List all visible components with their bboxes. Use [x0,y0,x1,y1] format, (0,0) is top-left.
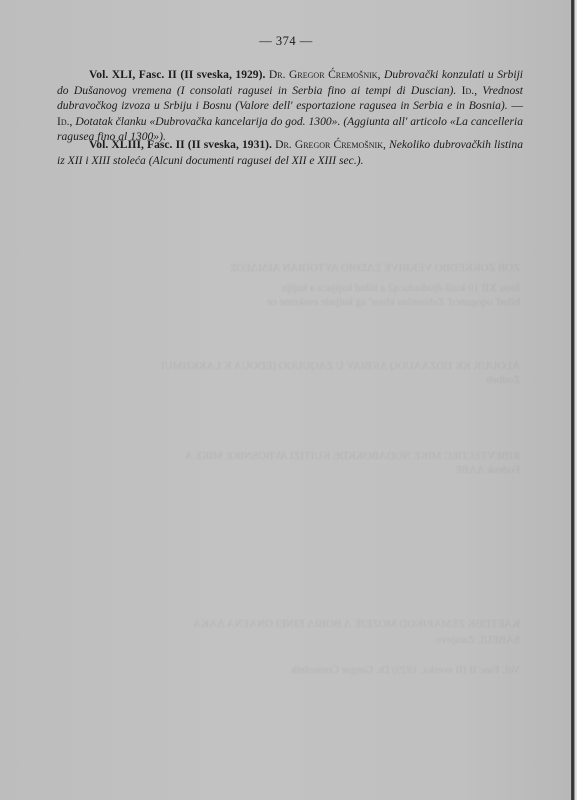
author-prefix: Dr. [269,68,286,81]
separator-dash: — [511,99,523,112]
page-edge-shadow [571,0,577,800]
bibliography-entry: Vol. XLIII, Fasc. II (II sveska, 1931). … [57,137,523,168]
ibid-marker: Id., [57,115,72,128]
bleed-through-text: Vol. Fasc II (II sveska, 1929) Dr. Grego… [60,664,520,677]
bleed-through-text: ZOB ZOKKEDBO VEKBIVE ΣΛΣΘΙΟ ΑΥΤΟΠΙΑΝ ΑΙΔ… [60,262,520,275]
bleed-through-text: Iouu XII 10 kuiil djudiaducq2 a bilud ku… [60,282,520,295]
bleed-through-text: SABEUL Zarajevo [60,634,520,647]
document-page: ZOB ZOKKEDBO VEKBIVE ΣΛΣΘΙΟ ΑΥΤΟΠΙΑΝ ΑΙΔ… [0,0,572,800]
page-number: — 374 — [0,34,572,49]
bleed-through-text: RIBEVTECDEC MIKE NODABOKKDE KUITIZI AVBO… [60,450,520,463]
bibliography-entry: Vol. XLI, Fasc. II (II sveska, 1929). Dr… [57,67,523,145]
volume-reference: Vol. XLIII, Fasc. II (II sveska, 1931). [89,138,272,151]
bleed-through-text: KAETDBK ZEMAPJKOD MOZEJE Λ ΒΟΒΙΛ ΕΙΝΕΙ Ο… [60,618,520,631]
author-name: Gregor Ćremošnik, [289,68,380,81]
article-title: Dotatak članku «Dubrovačka kancelarija d… [75,115,340,128]
bleed-through-text: bilud' oqoguncd' Zubauniau kbaw' ag kuij… [60,296,520,309]
ibid-marker: Id., [462,84,477,97]
author-prefix: Dr. [275,138,292,151]
bleed-through-text: ALOUUK KK DDZAAUOQ AKBIAV U ZAQUUOO (EDO… [60,360,520,373]
volume-reference: Vol. XLI, Fasc. II (II sveska, 1929). [89,68,265,81]
bleed-through-text: Zodbeb [60,374,520,387]
author-name: Gregor Ćremošnik, [295,138,386,151]
bleed-through-text: Fodeuk AABE [60,464,520,477]
